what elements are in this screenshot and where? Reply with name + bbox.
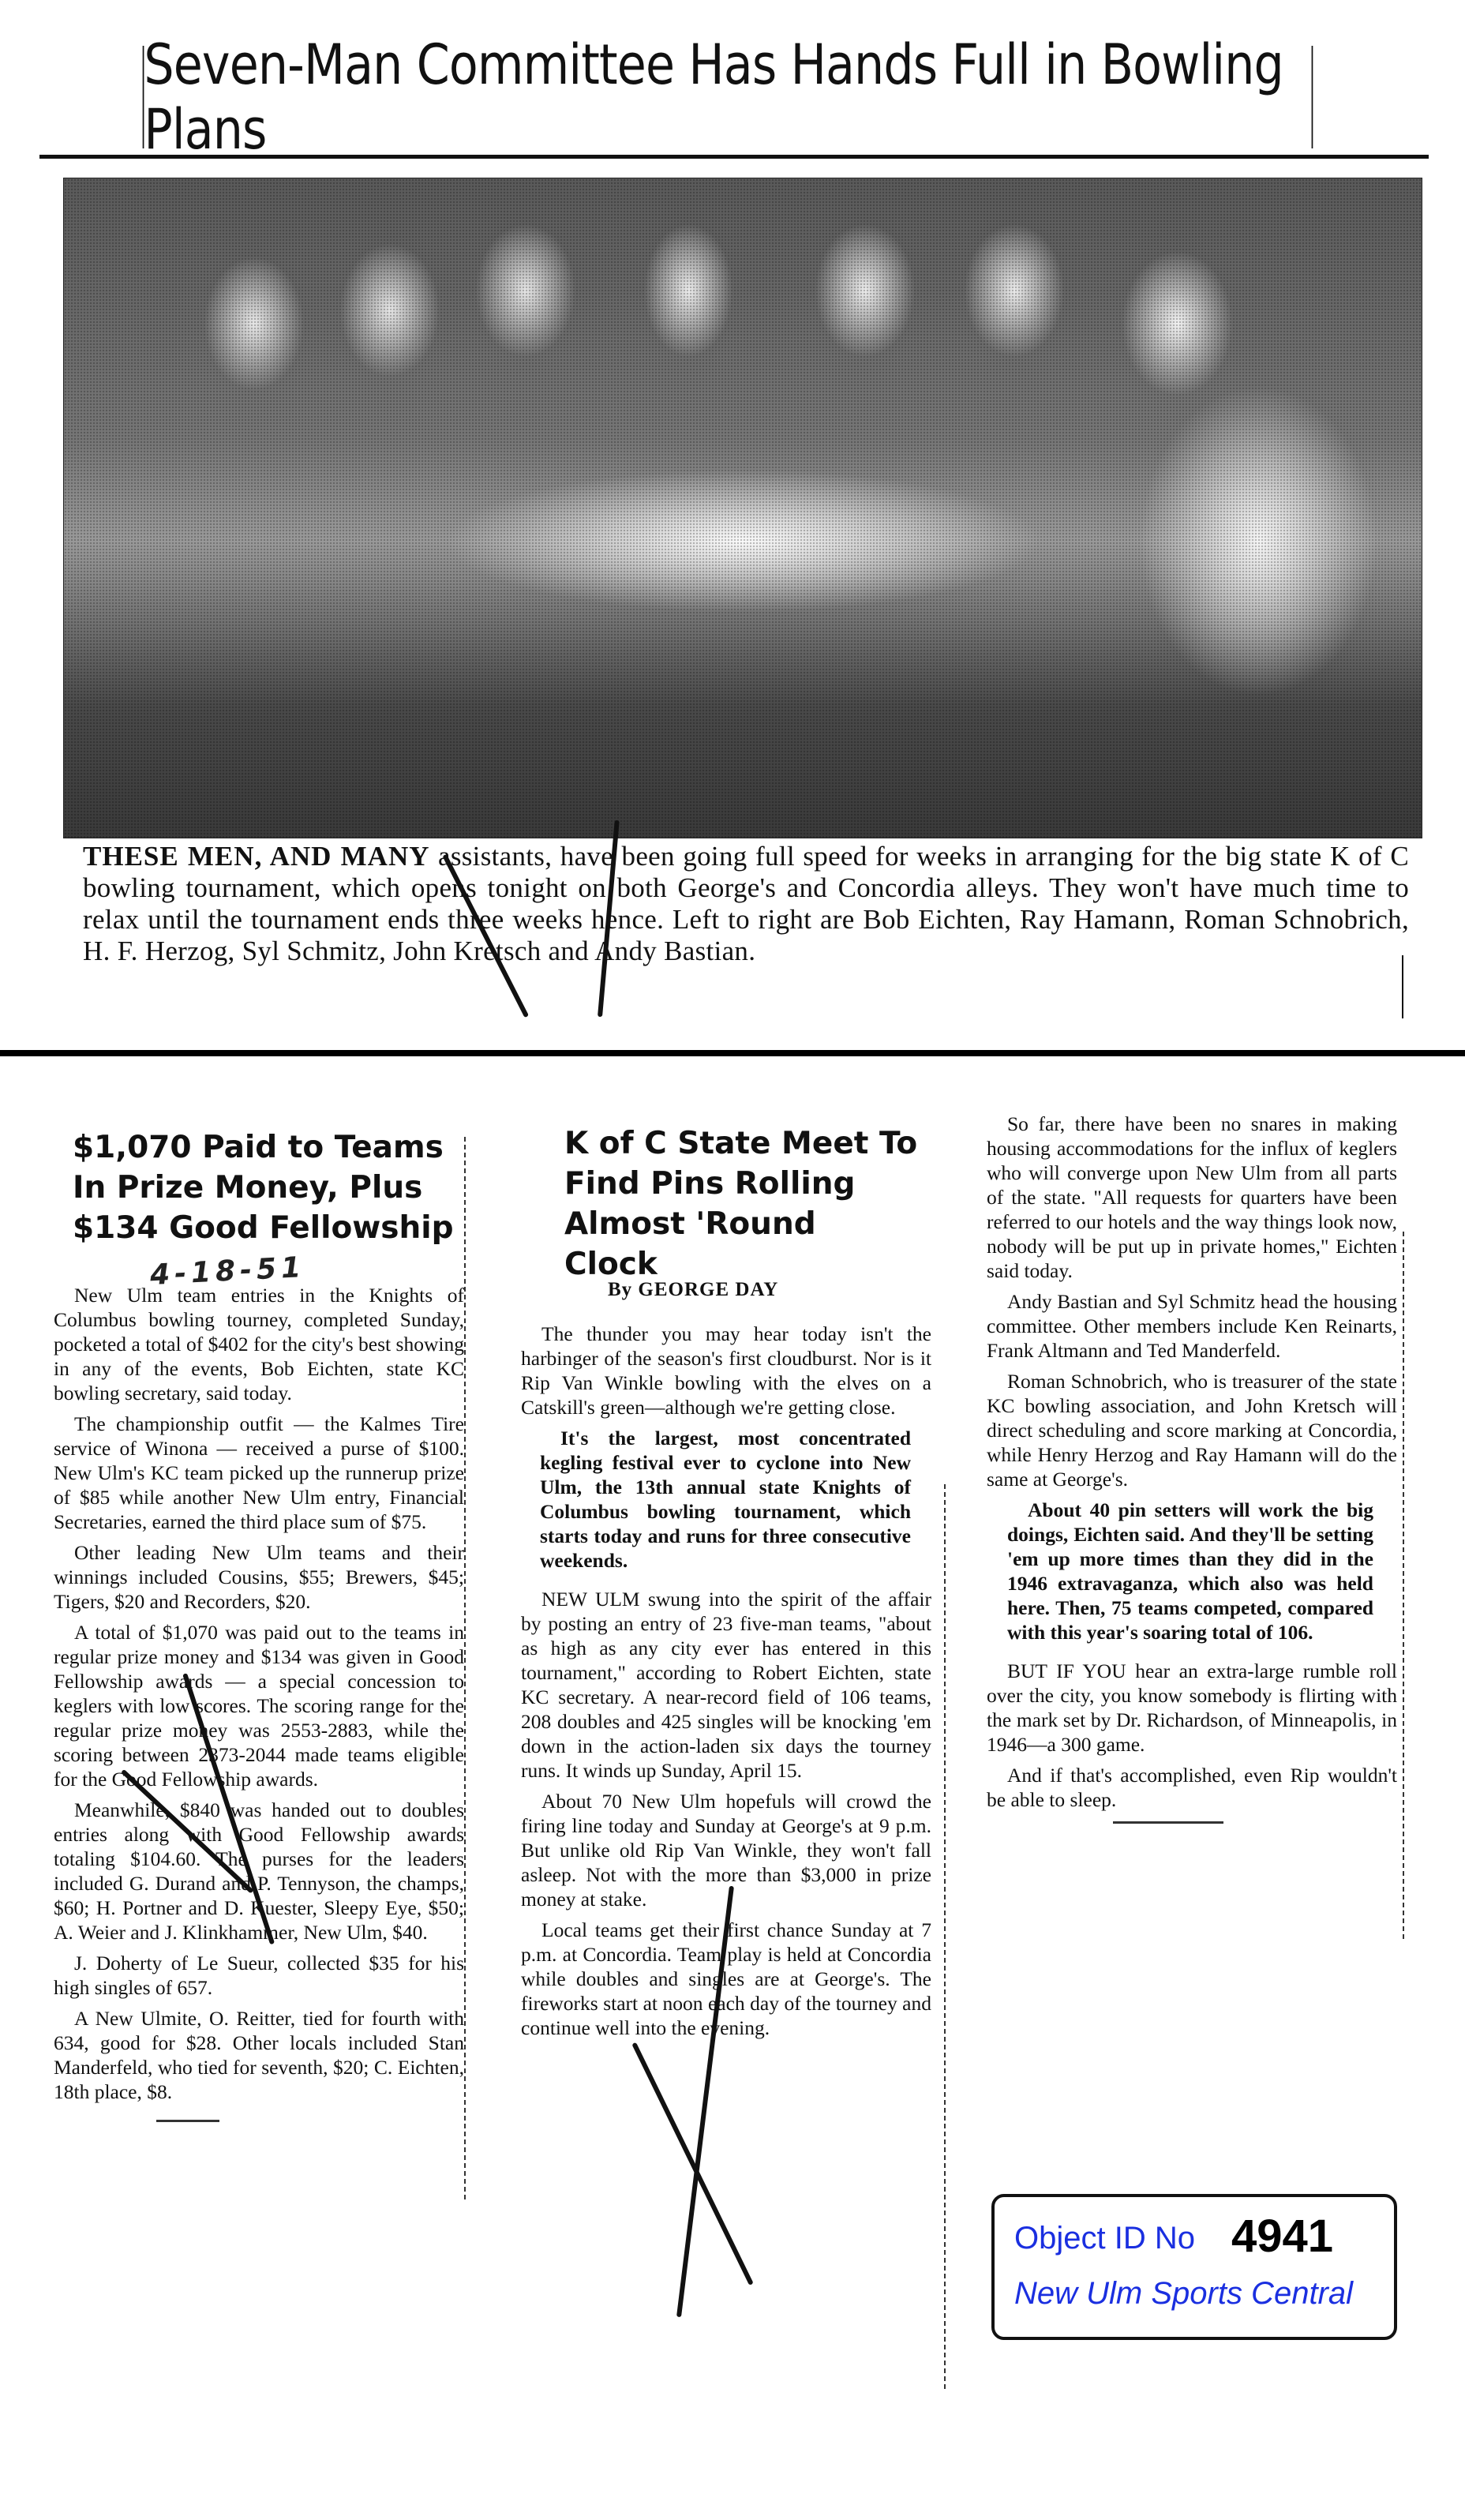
article2-cont-paragraph: BUT IF YOU hear an extra-large rumble ro… (987, 1659, 1397, 1757)
object-id-label: Object ID No (1014, 2221, 1195, 2256)
column-divider (464, 1137, 466, 2203)
article1-paragraph: Other leading New Ulm teams and their wi… (54, 1540, 464, 1614)
article1-paragraph: New Ulm team entries in the Knights of C… (54, 1283, 464, 1405)
article1-paragraph: Meanwhile, $840 was handed out to double… (54, 1798, 464, 1944)
caption-frame-line (1402, 955, 1403, 1018)
article1-paragraph: A total of $1,070 was paid out to the te… (54, 1620, 464, 1791)
article1-body: New Ulm team entries in the Knights of C… (54, 1283, 464, 2122)
article2-byline: By GEORGE DAY (608, 1279, 778, 1301)
halftone-texture (64, 178, 1422, 838)
article1-headline: $1,070 Paid to Teams In Prize Money, Plu… (73, 1127, 467, 1248)
article1-paragraph: The championship outfit — the Kalmes Tir… (54, 1412, 464, 1534)
object-id-stamp: Object ID No 4941 New Ulm Sports Central (991, 2194, 1397, 2340)
article2-continued-body: So far, there have been no snares in mak… (987, 1112, 1397, 1824)
article2-paragraph: About 70 New Ulm hopefuls will crowd the… (521, 1789, 931, 1911)
main-headline-text: Seven-Man Committee Has Hands Full in Bo… (144, 32, 1311, 162)
article2-cont-paragraph: Andy Bastian and Syl Schmitz head the ho… (987, 1289, 1397, 1363)
column-divider (944, 1484, 946, 2392)
object-id-number: 4941 (1231, 2210, 1333, 2263)
article2-paragraph: The thunder you may hear today isn't the… (521, 1322, 931, 1419)
article1-paragraph: A New Ulmite, O. Reitter, tied for fourt… (54, 2006, 464, 2104)
pen-checkmark-stroke (631, 2042, 753, 2286)
article2-paragraph: NEW ULM swung into the spirit of the aff… (521, 1587, 931, 1783)
section-divider (0, 1050, 1465, 1056)
main-headline: Seven-Man Committee Has Hands Full in Bo… (143, 46, 1313, 148)
end-rule (1113, 1821, 1223, 1824)
article2-bold-paragraph: It's the largest, most concentrated kegl… (521, 1426, 931, 1573)
article2-cont-paragraph: Roman Schnobrich, who is treasurer of th… (987, 1369, 1397, 1491)
column-divider (1403, 1232, 1404, 1942)
article2-cont-paragraph: And if that's accomplished, even Rip wou… (987, 1763, 1397, 1812)
article2-cont-paragraph: So far, there have been no snares in mak… (987, 1112, 1397, 1283)
headline-rule (39, 155, 1429, 159)
article2-cont-bold-paragraph: About 40 pin setters will work the big d… (987, 1498, 1397, 1644)
caption-lead: THESE MEN, AND MANY (83, 841, 430, 872)
end-rule (156, 2120, 219, 2122)
article1-paragraph: J. Doherty of Le Sueur, collected $35 fo… (54, 1951, 464, 2000)
photo-caption: THESE MEN, AND MANY assistants, have bee… (83, 841, 1409, 967)
committee-photo (63, 178, 1422, 838)
organization-name: New Ulm Sports Central (1014, 2276, 1353, 2312)
article2-headline: K of C State Meet To Find Pins Rolling A… (564, 1123, 920, 1284)
